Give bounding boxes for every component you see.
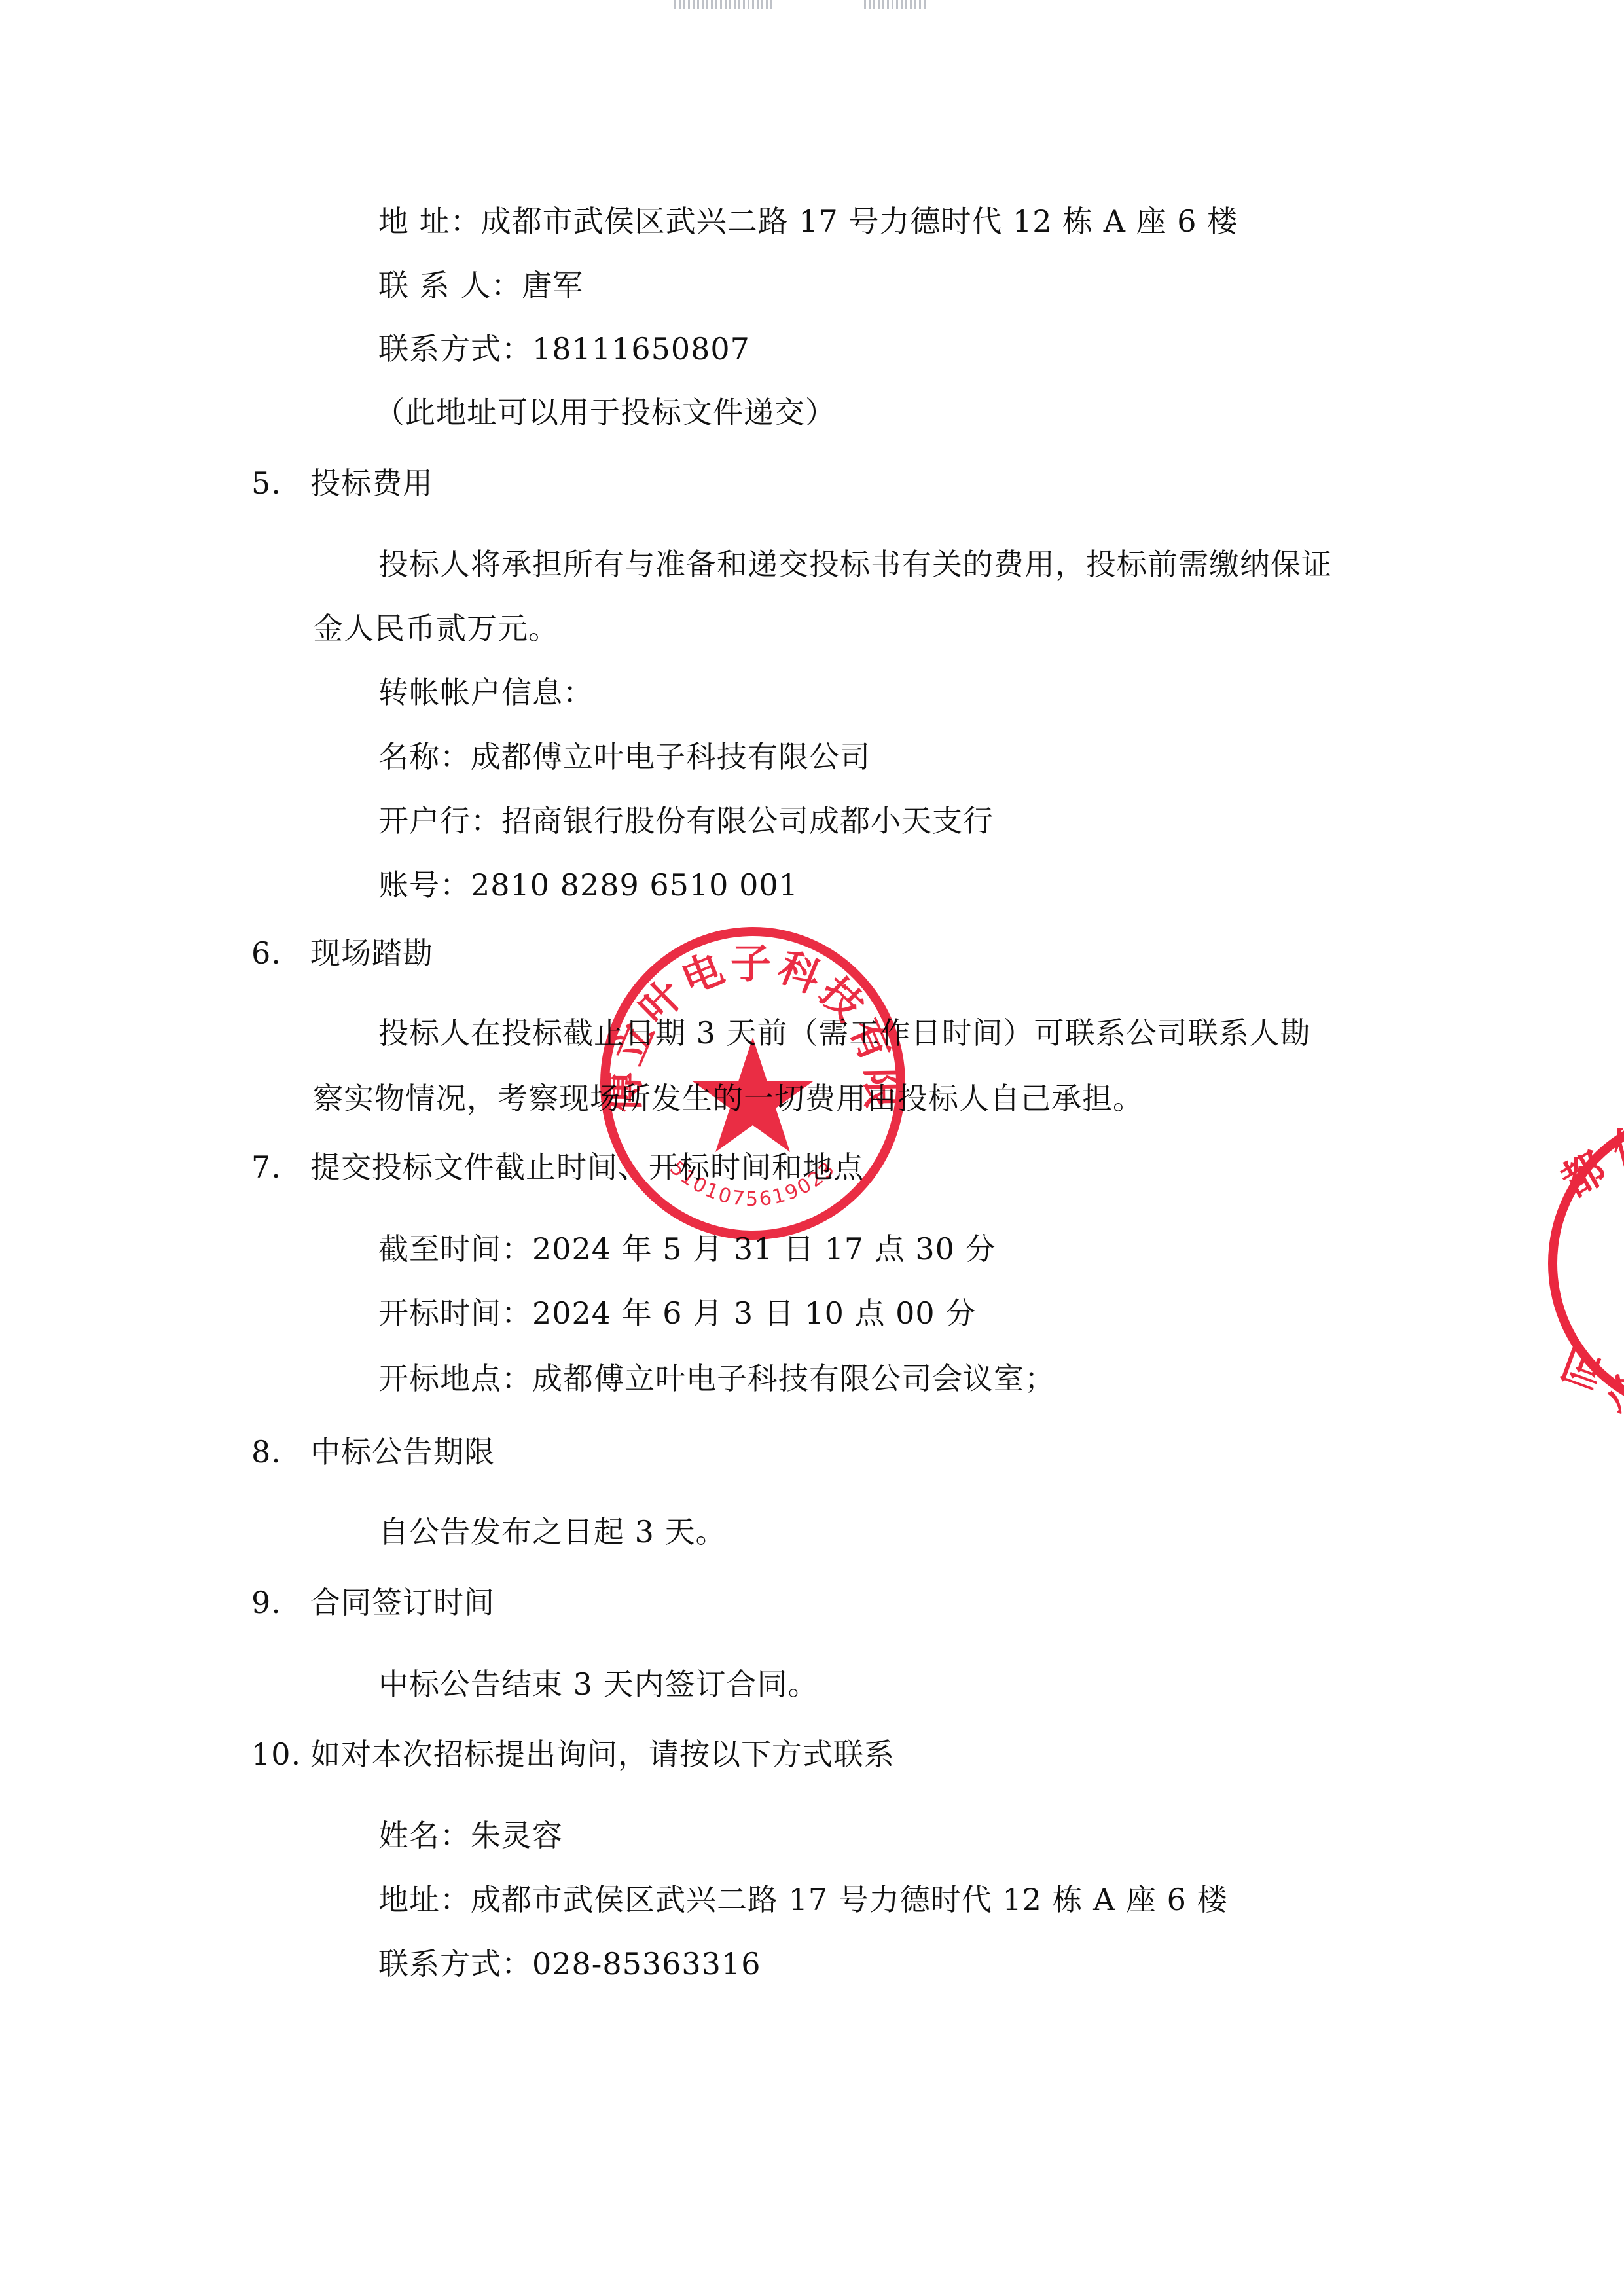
contact-person-line: 联 系 人：唐军 [378,267,583,304]
inquiry-address-value: 成都市武侯区武兴二路 17 号力德时代 12 栋 A 座 6 楼 [471,1882,1228,1917]
section-6-paragraph-line1: 投标人在投标截止日期 3 天前（需工作日时间）可联系公司联系人勘 [378,1015,1311,1051]
section-title: 如对本次招标提出询问，请按以下方式联系 [310,1737,895,1772]
address-value: 成都市武侯区武兴二路 17 号力德时代 12 栋 A 座 6 楼 [481,204,1238,239]
bank-label: 开户行： [378,803,501,839]
account-name-value: 成都傅立叶电子科技有限公司 [471,739,871,774]
inquiry-name-line: 姓名：朱灵容 [378,1817,563,1854]
bank-value: 招商银行股份有限公司成都小天支行 [501,803,994,839]
section-number: 5. [251,465,310,501]
opening-place-line: 开标地点：成都傅立叶电子科技有限公司会议室； [378,1360,1055,1397]
section-5-paragraph-line2: 金人民币贰万元。 [313,610,559,647]
section-6-heading: 6.现场踏勘 [251,935,433,971]
section-6-paragraph-line2: 察实物情况，考察现场所发生的一切费用由投标人自己承担。 [313,1080,1144,1117]
opening-time-label: 开标时间： [378,1295,532,1331]
contact-phone-label: 联系方式： [378,331,532,367]
deadline-label: 截至时间： [378,1231,532,1267]
seam-seal-graphic: 都 傅 司 公 [1545,1100,1624,1427]
inquiry-name-label: 姓名： [378,1818,471,1853]
bank-line: 开户行：招商银行股份有限公司成都小天支行 [378,803,994,839]
section-8-paragraph: 自公告发布之日起 3 天。 [378,1513,727,1550]
scan-artifact [864,0,926,9]
section-title: 中标公告期限 [310,1434,495,1470]
contact-person-label: 联 系 人： [378,268,522,303]
address-line: 地 址：成都市武侯区武兴二路 17 号力德时代 12 栋 A 座 6 楼 [378,203,1238,240]
section-5-heading: 5.投标费用 [251,465,433,501]
inquiry-phone-value: 028-85363316 [532,1946,761,1981]
document-page: 地 址：成都市武侯区武兴二路 17 号力德时代 12 栋 A 座 6 楼 联 系… [0,0,1624,2293]
section-number: 6. [251,935,310,971]
deadline-line: 截至时间：2024 年 5 月 31 日 17 点 30 分 [378,1231,996,1267]
opening-time-line: 开标时间：2024 年 6 月 3 日 10 点 00 分 [378,1295,976,1331]
section-title: 提交投标文件截止时间、开标时间和地点 [310,1149,864,1185]
inquiry-address-label: 地址： [378,1882,471,1917]
address-label: 地 址： [378,204,481,239]
seam-seal: 都 傅 司 公 [1545,1100,1624,1427]
account-name-label: 名称： [378,739,471,774]
section-number: 7. [251,1149,310,1185]
inquiry-name-value: 朱灵容 [471,1818,563,1853]
section-9-paragraph: 中标公告结束 3 天内签订合同。 [378,1666,819,1703]
opening-place-label: 开标地点： [378,1361,532,1396]
section-number: 10. [251,1736,310,1773]
contact-phone-value: 18111650807 [532,331,750,367]
opening-place-value: 成都傅立叶电子科技有限公司会议室； [532,1361,1055,1396]
account-name-line: 名称：成都傅立叶电子科技有限公司 [378,738,871,775]
contact-phone-line: 联系方式：18111650807 [378,331,750,367]
section-9-heading: 9.合同签订时间 [251,1584,495,1621]
account-number-line: 账号：2810 8289 6510 001 [378,867,799,903]
section-number: 8. [251,1434,310,1470]
account-heading: 转帐帐户信息： [378,674,594,711]
section-title: 投标费用 [310,465,433,501]
section-number: 9. [251,1584,310,1621]
deadline-value: 2024 年 5 月 31 日 17 点 30 分 [532,1231,996,1267]
inquiry-address-line: 地址：成都市武侯区武兴二路 17 号力德时代 12 栋 A 座 6 楼 [378,1881,1228,1918]
contact-person-value: 唐军 [522,268,583,303]
section-8-heading: 8.中标公告期限 [251,1434,495,1470]
opening-time-value: 2024 年 6 月 3 日 10 点 00 分 [532,1295,976,1331]
section-5-paragraph-line1: 投标人将承担所有与准备和递交投标书有关的费用，投标前需缴纳保证 [378,546,1332,583]
account-number-label: 账号： [378,867,471,903]
section-7-heading: 7.提交投标文件截止时间、开标时间和地点 [251,1149,864,1185]
inquiry-phone-line: 联系方式：028-85363316 [378,1945,761,1982]
section-title: 合同签订时间 [310,1585,495,1620]
svg-text:司: 司 [1555,1336,1611,1396]
section-title: 现场踏勘 [310,935,433,971]
address-note: （此地址可以用于投标文件递交） [374,394,836,431]
inquiry-phone-label: 联系方式： [378,1946,532,1981]
svg-text:公: 公 [1604,1366,1624,1421]
section-10-heading: 10.如对本次招标提出询问，请按以下方式联系 [251,1736,895,1773]
account-number-value: 2810 8289 6510 001 [471,867,799,903]
svg-text:都: 都 [1553,1144,1614,1208]
scan-artifact [674,0,772,9]
svg-text:傅: 傅 [1608,1118,1624,1176]
